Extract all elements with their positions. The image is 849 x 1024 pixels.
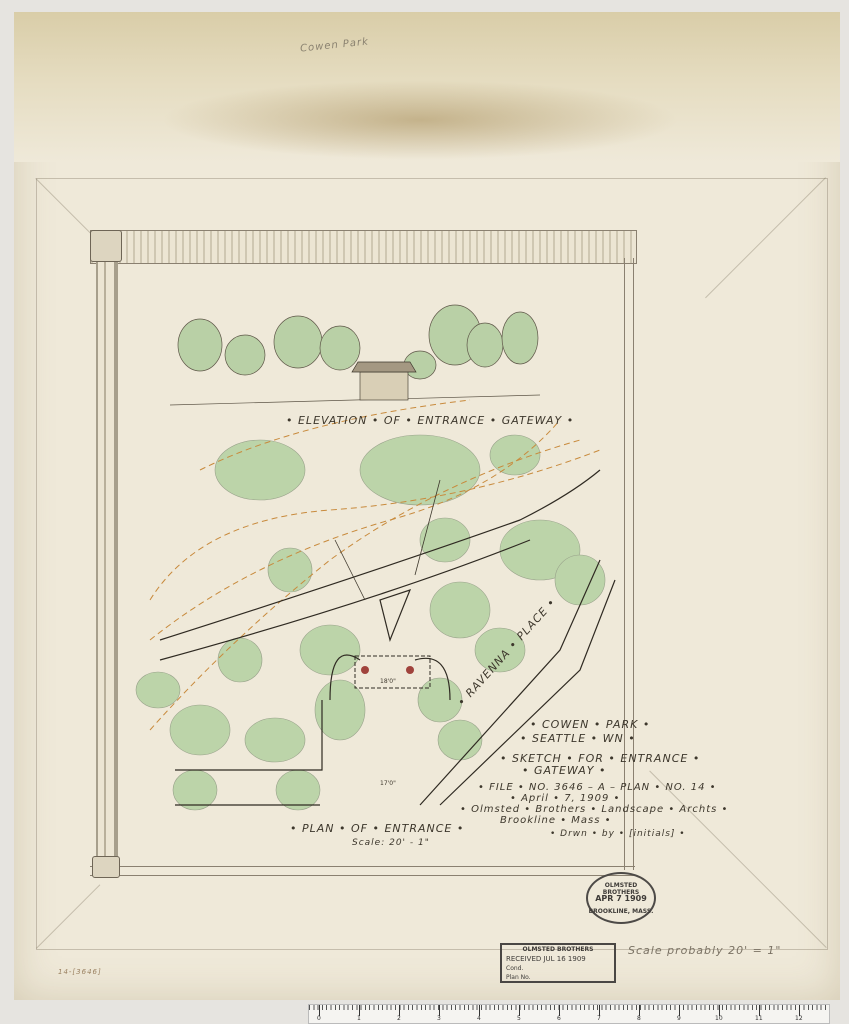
title-line-2: • SEATTLE • WN • [520,732,636,745]
title-line-7: • Olmsted • Brothers • Landscape • Archt… [460,804,728,815]
gate-post-right [406,666,414,674]
water-stain [160,80,680,160]
svg-text:18'0": 18'0" [380,678,396,685]
title-line-1: • COWEN • PARK • [530,718,650,731]
frame-frieze-top [90,230,637,264]
measurement-ruler: 0 1 2 3 4 5 6 7 8 9 10 11 12 [308,1004,830,1024]
column-base [92,856,120,878]
filed-stamp: OLMSTED BROTHERS RECEIVED JUL 16 1909 Co… [500,943,616,983]
plan-title: • PLAN • OF • ENTRANCE • [290,822,464,835]
plan-scale: Scale: 20' - 1" [352,838,430,848]
scale-pencil-note: Scale probably 20' = 1" [628,944,781,957]
title-line-4: • GATEWAY • [522,764,606,777]
svg-text:17'0": 17'0" [380,780,396,787]
frame-column-left [96,258,118,870]
drawn-by: • Drwn • by • [initials] • [550,829,686,839]
elevation-sketch [170,305,540,405]
title-line-8: Brookline • Mass • [500,815,612,826]
title-line-6: • April • 7, 1909 • [510,793,620,804]
title-line-5: • FILE • NO. 3646 – A – PLAN • NO. 14 • [478,782,717,793]
elevation-title: • ELEVATION • OF • ENTRANCE • GATEWAY • [286,414,574,427]
received-stamp: OLMSTED BROTHERS APR 7 1909 BROOKLINE, M… [586,872,656,924]
corner-ornament [90,230,122,262]
gate-post-left [361,666,369,674]
frame-right [624,258,634,870]
frame-bottom [90,866,635,876]
left-pencil-note: 14-[3646] [58,968,102,976]
